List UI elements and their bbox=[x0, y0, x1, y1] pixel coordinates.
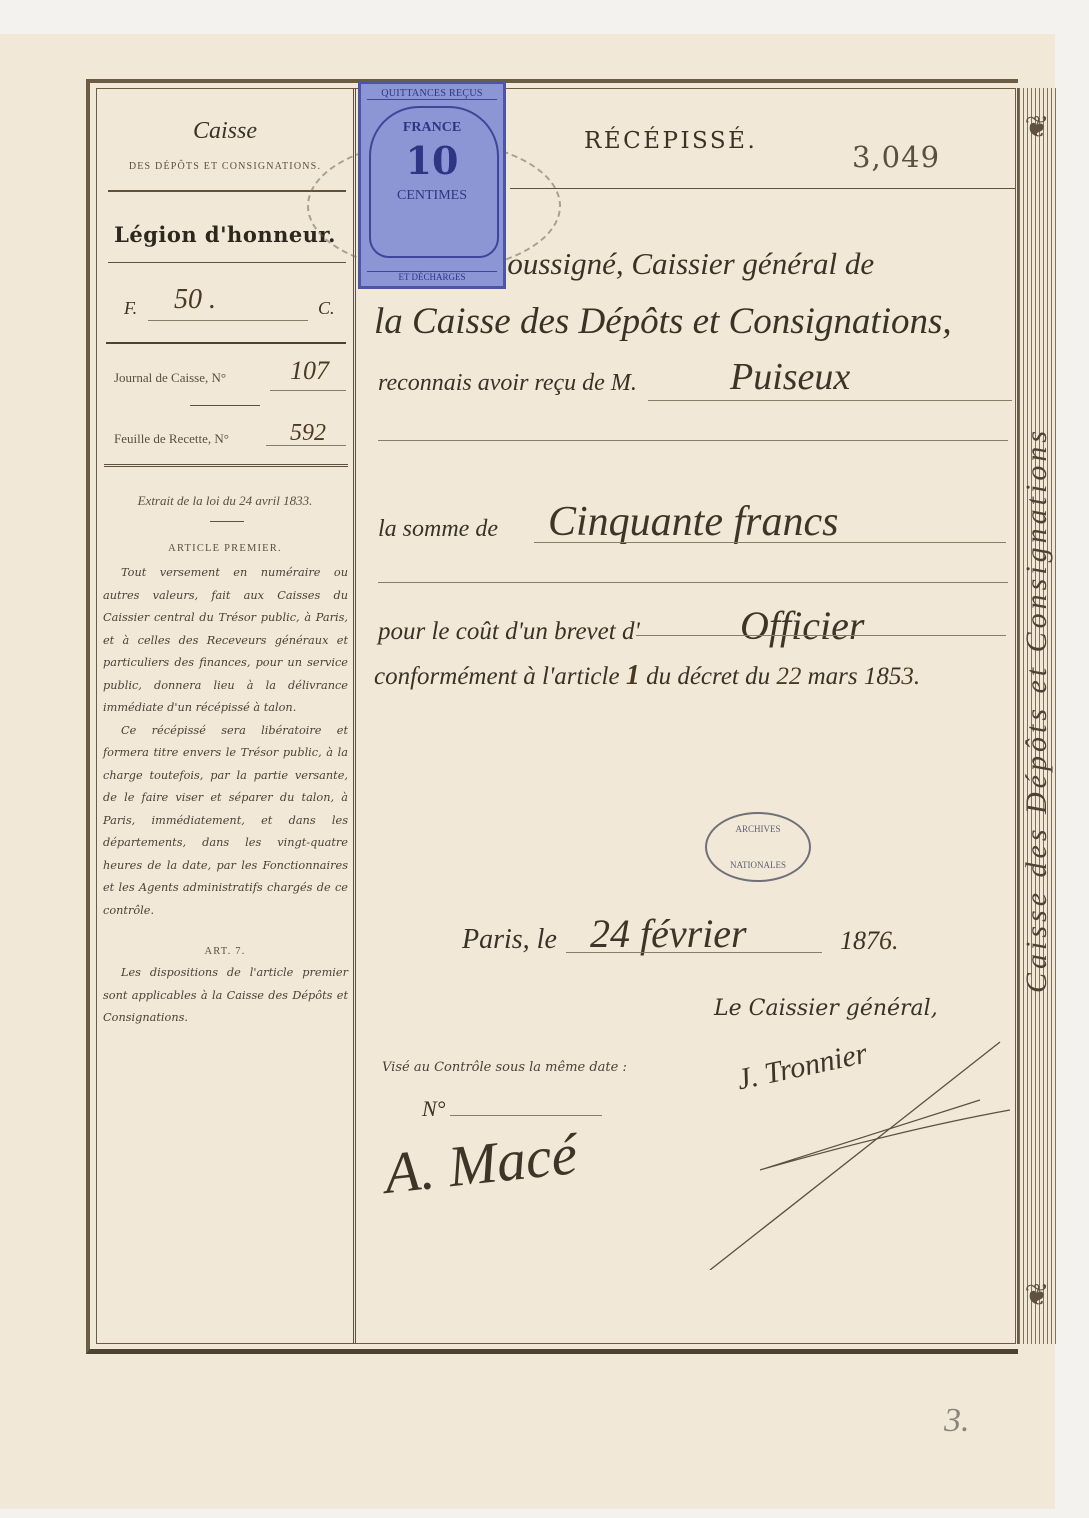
amount-row: F. 50 . C. bbox=[118, 290, 348, 320]
archives-stamp-line2: NATIONALES bbox=[707, 860, 809, 870]
date-year-print: 187 bbox=[840, 926, 879, 955]
cost-label: pour le coût d'un brevet d' bbox=[378, 618, 640, 646]
ornament-icon: ❦ bbox=[1022, 1278, 1052, 1318]
journal-value: 107 bbox=[290, 356, 329, 386]
divider bbox=[104, 464, 348, 467]
article-number: 1 bbox=[626, 660, 640, 691]
article-7-heading: ART. 7. bbox=[98, 946, 352, 957]
cost-line bbox=[636, 635, 1006, 636]
article-premier-paragraph-2: Ce récépissé sera libératoire et formera… bbox=[103, 720, 348, 923]
line1-print: Je soussigné, Caissier général de bbox=[460, 246, 874, 282]
sum-value: Cinquante francs bbox=[548, 498, 839, 546]
blank-line bbox=[378, 582, 1008, 583]
law-extract-heading: Extrait de la loi du 24 avril 1833. bbox=[98, 493, 352, 509]
francs-value: 50 . bbox=[174, 284, 216, 316]
decree-day: 22 bbox=[776, 663, 801, 690]
decree-year-digit: 3. bbox=[901, 663, 920, 690]
column-divider bbox=[353, 88, 356, 1344]
stamp-value: 10 bbox=[361, 138, 503, 183]
ornament-icon: ❦ bbox=[1022, 110, 1052, 150]
signature-flourish bbox=[600, 1040, 1020, 1270]
stamp-country: FRANCE bbox=[361, 120, 503, 136]
payer-line bbox=[648, 400, 1012, 401]
receipt-number: 3,049 bbox=[852, 140, 940, 174]
date-day-month: 24 février bbox=[590, 910, 747, 957]
centimes-label: C. bbox=[318, 298, 335, 319]
document-title: RÉCÉPISSÉ. bbox=[584, 128, 757, 154]
date-year-hand: 6. bbox=[879, 926, 899, 955]
article-premier-heading: ARTICLE PREMIER. bbox=[98, 543, 352, 554]
payer-name: Puiseux bbox=[730, 355, 850, 399]
journal-label: Journal de Caisse, N° bbox=[114, 370, 226, 386]
amount-line bbox=[148, 320, 308, 321]
feuille-label: Feuille de Recette, N° bbox=[114, 431, 229, 447]
caisse-subtitle: DES DÉPÔTS ET CONSIGNATIONS. bbox=[98, 161, 352, 172]
sum-line bbox=[534, 542, 1006, 543]
caisse-title: Caisse bbox=[98, 118, 352, 145]
francs-label: F. bbox=[124, 298, 137, 319]
sum-label: la somme de bbox=[378, 516, 498, 543]
caissier-general-title: Le Caissier général, bbox=[714, 996, 938, 1021]
conform-label-a: conformément à l'article bbox=[374, 663, 620, 690]
blank-line bbox=[378, 440, 1008, 441]
no-line bbox=[450, 1115, 602, 1116]
conform-label-b: du décret du bbox=[646, 663, 770, 690]
stamp-bottom-text: ET DÉCHARGES bbox=[367, 271, 497, 282]
vise-label: Visé au Contrôle sous la même date : bbox=[382, 1060, 627, 1075]
feuille-line bbox=[266, 445, 346, 446]
archives-stamp-line1: ARCHIVES bbox=[707, 824, 809, 834]
divider bbox=[106, 342, 346, 344]
cost-value: Officier bbox=[740, 602, 864, 649]
article-premier-paragraph-1: Tout versement en numéraire ou autres va… bbox=[103, 562, 348, 720]
divider bbox=[108, 262, 346, 263]
article-7-text: Les dispositions de l'article premier so… bbox=[103, 962, 348, 1030]
date-year: 1876. bbox=[840, 926, 899, 956]
stamp-unit: CENTIMES bbox=[361, 188, 503, 204]
page-number: 3. bbox=[944, 1402, 970, 1440]
divider bbox=[190, 405, 260, 406]
side-band-text: Caisse des Dépôts et Consignations bbox=[1018, 200, 1056, 1220]
line2-print: la Caisse des Dépôts et Consignations, bbox=[374, 300, 952, 343]
archives-nationales-stamp: ARCHIVES NATIONALES bbox=[705, 812, 811, 882]
article-7-paragraph: Les dispositions de l'article premier so… bbox=[103, 962, 348, 1030]
date-prefix: Paris, le bbox=[462, 924, 557, 956]
decree-month-year: mars 185 bbox=[808, 663, 902, 690]
date-line bbox=[566, 952, 822, 953]
article-premier-text: Tout versement en numéraire ou autres va… bbox=[103, 562, 348, 922]
stamp-top-text: QUITTANCES REÇUS bbox=[367, 88, 497, 100]
no-label: N° bbox=[422, 1096, 445, 1122]
divider bbox=[210, 521, 244, 522]
divider bbox=[510, 188, 1015, 189]
revenue-stamp: QUITTANCES REÇUS FRANCE 10 CENTIMES ET D… bbox=[358, 81, 506, 289]
conform-line: conformément à l'article 1 du décret du … bbox=[374, 660, 920, 692]
feuille-value: 592 bbox=[290, 420, 326, 447]
line3-print: reconnais avoir reçu de M. bbox=[378, 370, 637, 397]
journal-line bbox=[270, 390, 346, 391]
